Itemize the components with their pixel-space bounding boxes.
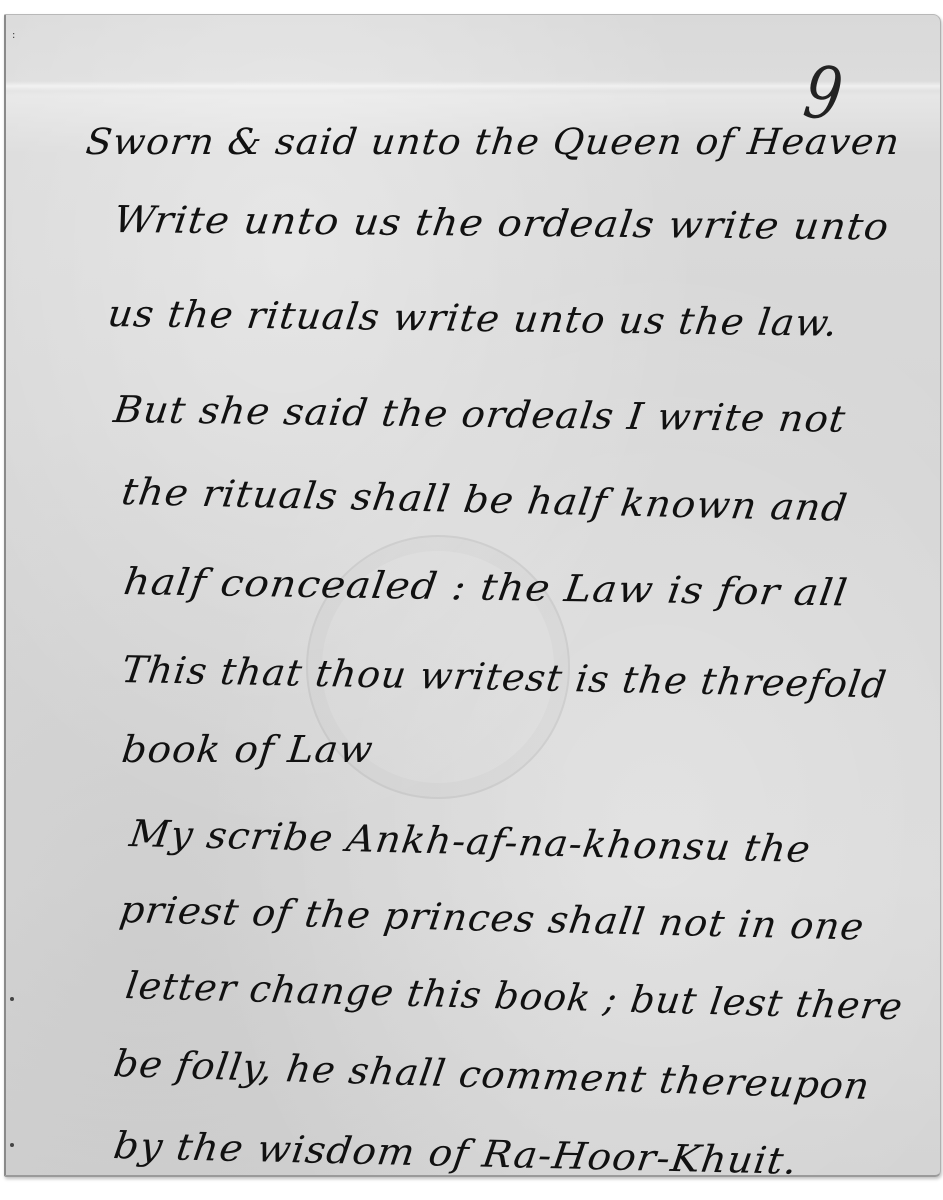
margin-dot (10, 997, 14, 1001)
page-number: 9 (800, 55, 847, 132)
margin-dot (10, 1143, 14, 1147)
manuscript-line-8: book of Law (120, 731, 376, 768)
manuscript-line-10: priest of the princes shall not in one (118, 891, 867, 946)
manuscript-line-1: Sworn & said unto the Queen of Heaven (84, 125, 902, 161)
manuscript-line-7: This that thou writest is the threefold (120, 651, 890, 704)
paper-fold-line (6, 81, 940, 91)
manuscript-line-6: half concealed : the Law is for all (122, 563, 851, 611)
manuscript-line-12: be folly, he shall comment thereupon (111, 1045, 872, 1105)
manuscript-line-3: us the rituals write unto us the law. (106, 295, 841, 342)
corner-mark: : (12, 31, 15, 41)
manuscript-page: : 9 Sworn & said unto the Queen of Heave… (4, 14, 941, 1177)
manuscript-line-13: by the wisdom of Ra-Hoor-Khuit. (111, 1127, 800, 1180)
manuscript-line-11: letter change this book ; but lest there (123, 967, 905, 1025)
manuscript-line-9: My scribe Ankh-af-na-khonsu the (127, 815, 813, 868)
manuscript-line-4: But she said the ordeals I write not (112, 391, 848, 438)
manuscript-line-5: the rituals shall be half known and (119, 473, 850, 527)
manuscript-line-2: Write unto us the ordeals write unto (112, 201, 892, 246)
